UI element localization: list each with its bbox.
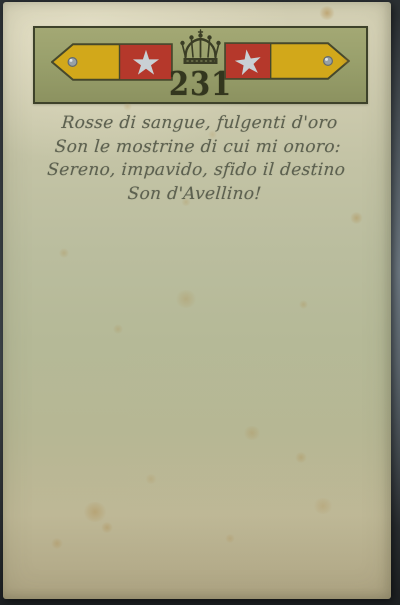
header-banner: ★ (33, 26, 368, 104)
verse-line-2: Son le mostrine di cui mi onoro: (3, 136, 393, 160)
foxing-stain (101, 522, 113, 533)
buttonhole-icon (68, 58, 77, 67)
star-icon: ★ (230, 42, 266, 80)
star-icon: ★ (131, 44, 161, 82)
verse-line-3: Sereno, impavido, sfido il destino (1, 159, 391, 183)
foxing-stain (243, 426, 261, 440)
foxing-stain (83, 502, 107, 522)
verse-line-1: Rosse di sangue, fulgenti d'oro (5, 112, 395, 136)
crown-icon (172, 29, 229, 67)
buttonhole-highlight (70, 59, 73, 62)
collar-patch-right: ★ (224, 42, 350, 80)
foxing-stain (175, 290, 197, 308)
foxing-stain (225, 534, 235, 543)
buttonhole-icon (324, 57, 333, 66)
buttonhole-highlight (325, 58, 328, 61)
foxing-stain (350, 212, 363, 224)
collar-patch-left: ★ (51, 43, 173, 81)
foxing-stain (59, 248, 69, 258)
photo-backdrop: ★ (0, 0, 400, 605)
verse-line-4: Son d'Avellino! (0, 183, 389, 207)
foxing-stain (295, 452, 307, 463)
foxing-stain (319, 6, 335, 20)
postcard: ★ (3, 2, 391, 599)
foxing-stain (313, 498, 333, 514)
foxing-stain (145, 474, 157, 484)
foxing-stain (51, 538, 63, 549)
verse: Rosse di sangue, fulgenti d'oro Son le m… (0, 112, 394, 206)
foxing-stain (299, 300, 308, 309)
foxing-stain (113, 324, 123, 334)
